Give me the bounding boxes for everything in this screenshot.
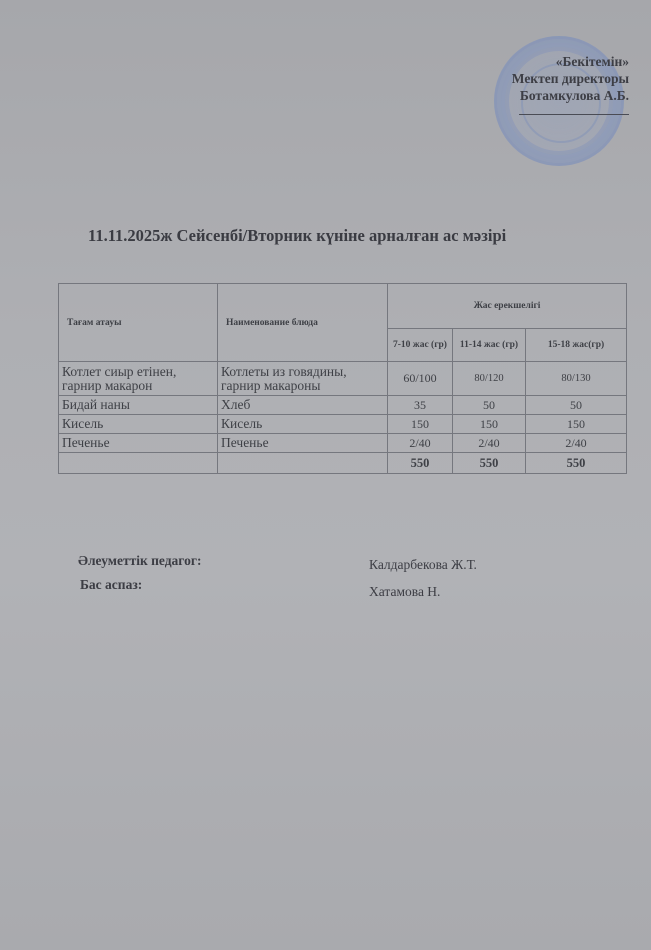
approval-director-name: Ботамкулова А.Б. — [512, 87, 629, 104]
approval-heading: «Бекітемін» — [512, 53, 629, 70]
cell-value: 2/40 — [388, 434, 453, 453]
cell-empty — [59, 453, 218, 474]
table-row: Бидай наны Хлеб 35 50 50 — [59, 396, 627, 415]
cell-kazakh: Печенье — [59, 434, 218, 453]
cell-value: 80/130 — [526, 362, 627, 396]
cell-russian: Кисель — [218, 415, 388, 434]
cell-total: 550 — [526, 453, 627, 474]
header-age-15-18: 15-18 жас(гр) — [526, 329, 627, 362]
cell-value: 35 — [388, 396, 453, 415]
signature-role-social-pedagogue: Әлеуметтік педагог: — [78, 553, 201, 569]
cell-empty — [218, 453, 388, 474]
approval-signature-line — [519, 114, 629, 115]
header-age-7-10: 7-10 жас (гр) — [388, 329, 453, 362]
table-row: Котлет сиыр етінен, гарнир макарон Котле… — [59, 362, 627, 396]
approval-block: «Бекітемін» Мектеп директоры Ботамкулова… — [512, 53, 629, 115]
cell-value: 50 — [526, 396, 627, 415]
cell-kazakh: Бидай наны — [59, 396, 218, 415]
table-header-row: Тағам атауы Наименование блюда Жас ерекш… — [59, 284, 627, 329]
signature-name-social-pedagogue: Калдарбекова Ж.Т. — [369, 557, 477, 573]
table-row: Кисель Кисель 150 150 150 — [59, 415, 627, 434]
cell-value: 2/40 — [526, 434, 627, 453]
cell-value: 150 — [453, 415, 526, 434]
document-title: 11.11.2025ж Сейсенбі/Вторник күніне арна… — [88, 226, 506, 246]
menu-table: Тағам атауы Наименование блюда Жас ерекш… — [58, 283, 627, 474]
cell-russian: Печенье — [218, 434, 388, 453]
header-age-group: Жас ерекшелігі — [388, 284, 627, 329]
cell-value: 50 — [453, 396, 526, 415]
signature-role-head-cook: Бас аспаз: — [80, 577, 142, 593]
cell-total: 550 — [453, 453, 526, 474]
table-row: Печенье Печенье 2/40 2/40 2/40 — [59, 434, 627, 453]
approval-position: Мектеп директоры — [512, 70, 629, 87]
table-total-row: 550 550 550 — [59, 453, 627, 474]
signature-name-head-cook: Хатамова Н. — [369, 584, 440, 600]
cell-kazakh: Котлет сиыр етінен, гарнир макарон — [59, 362, 218, 396]
header-russian-name: Наименование блюда — [218, 284, 388, 362]
cell-russian: Хлеб — [218, 396, 388, 415]
header-kazakh-name: Тағам атауы — [59, 284, 218, 362]
cell-value: 150 — [388, 415, 453, 434]
cell-value: 2/40 — [453, 434, 526, 453]
cell-value: 150 — [526, 415, 627, 434]
cell-kazakh: Кисель — [59, 415, 218, 434]
cell-value: 80/120 — [453, 362, 526, 396]
cell-value: 60/100 — [388, 362, 453, 396]
cell-russian: Котлеты из говядины, гарнир макароны — [218, 362, 388, 396]
cell-total: 550 — [388, 453, 453, 474]
header-age-11-14: 11-14 жас (гр) — [453, 329, 526, 362]
